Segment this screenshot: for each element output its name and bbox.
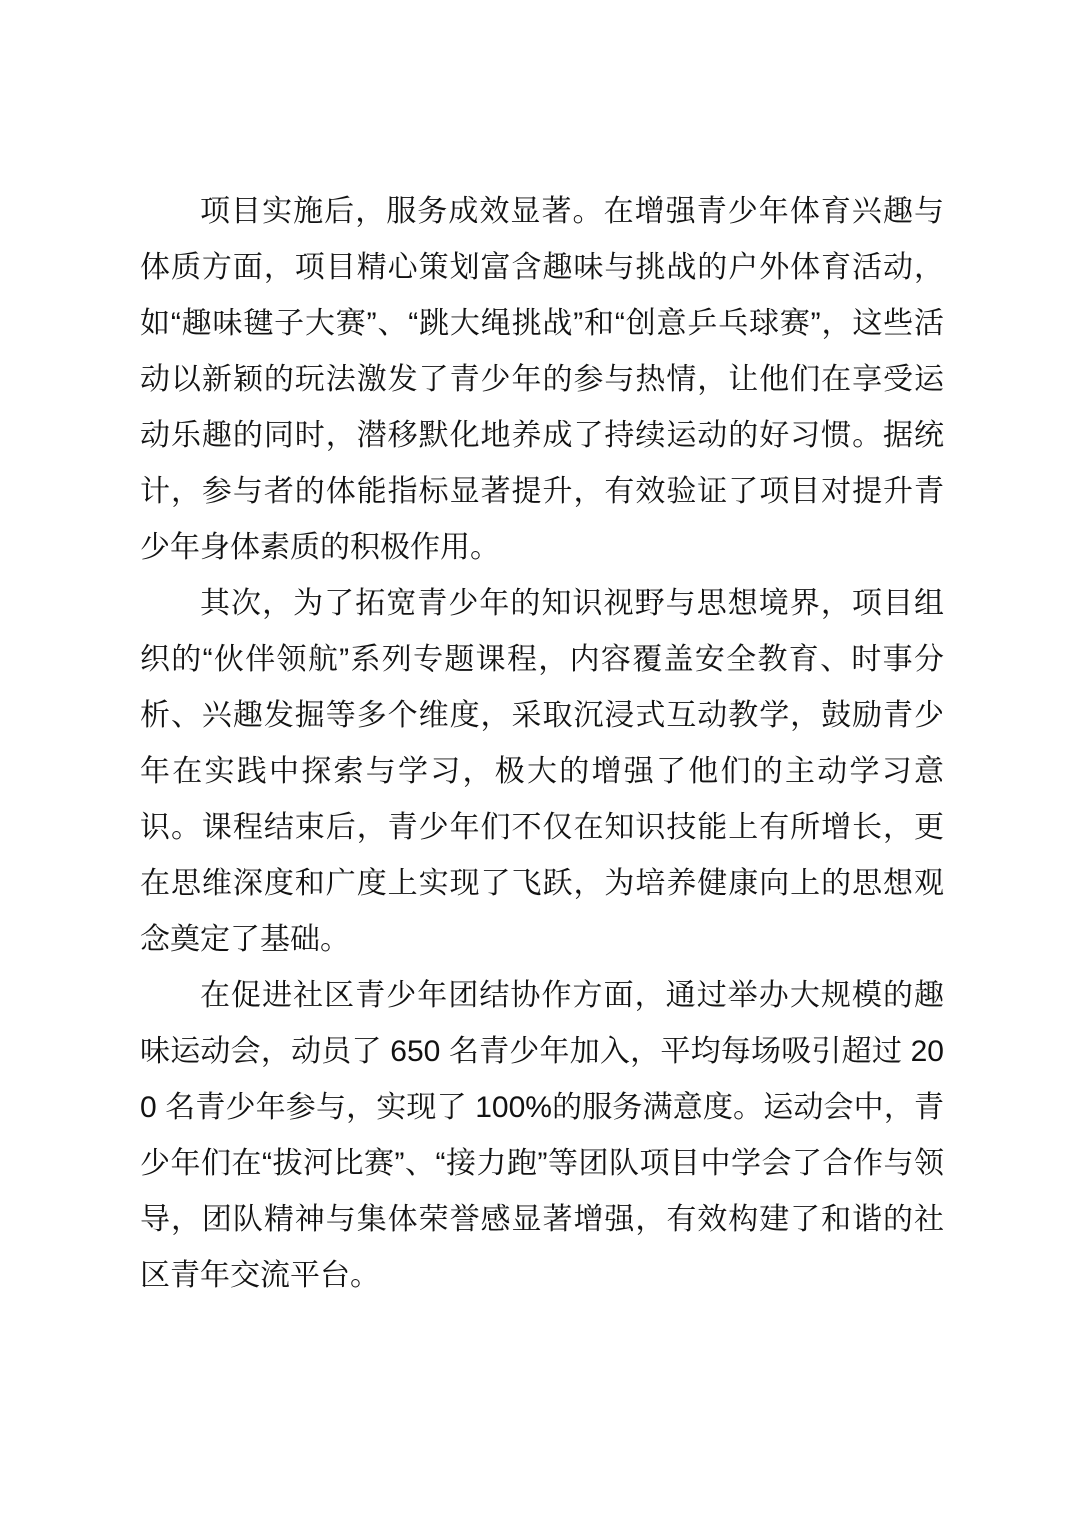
paragraph-results-overview: 项目实施后，服务成效显著。在增强青少年体育兴趣与体质方面，项目精心策划富含趣味与… [140,184,944,576]
paragraph-teamwork-events: 在促进社区青少年团结协作方面，通过举办大规模的趣味运动会，动员了 650 名青少… [140,968,944,1304]
document-page: 项目实施后，服务成效显著。在增强青少年体育兴趣与体质方面，项目精心策划富含趣味与… [0,0,1080,1527]
document-body: 项目实施后，服务成效显著。在增强青少年体育兴趣与体质方面，项目精心策划富含趣味与… [140,184,944,1304]
paragraph-knowledge-courses: 其次，为了拓宽青少年的知识视野与思想境界，项目组织的“伙伴领航”系列专题课程，内… [140,576,944,968]
